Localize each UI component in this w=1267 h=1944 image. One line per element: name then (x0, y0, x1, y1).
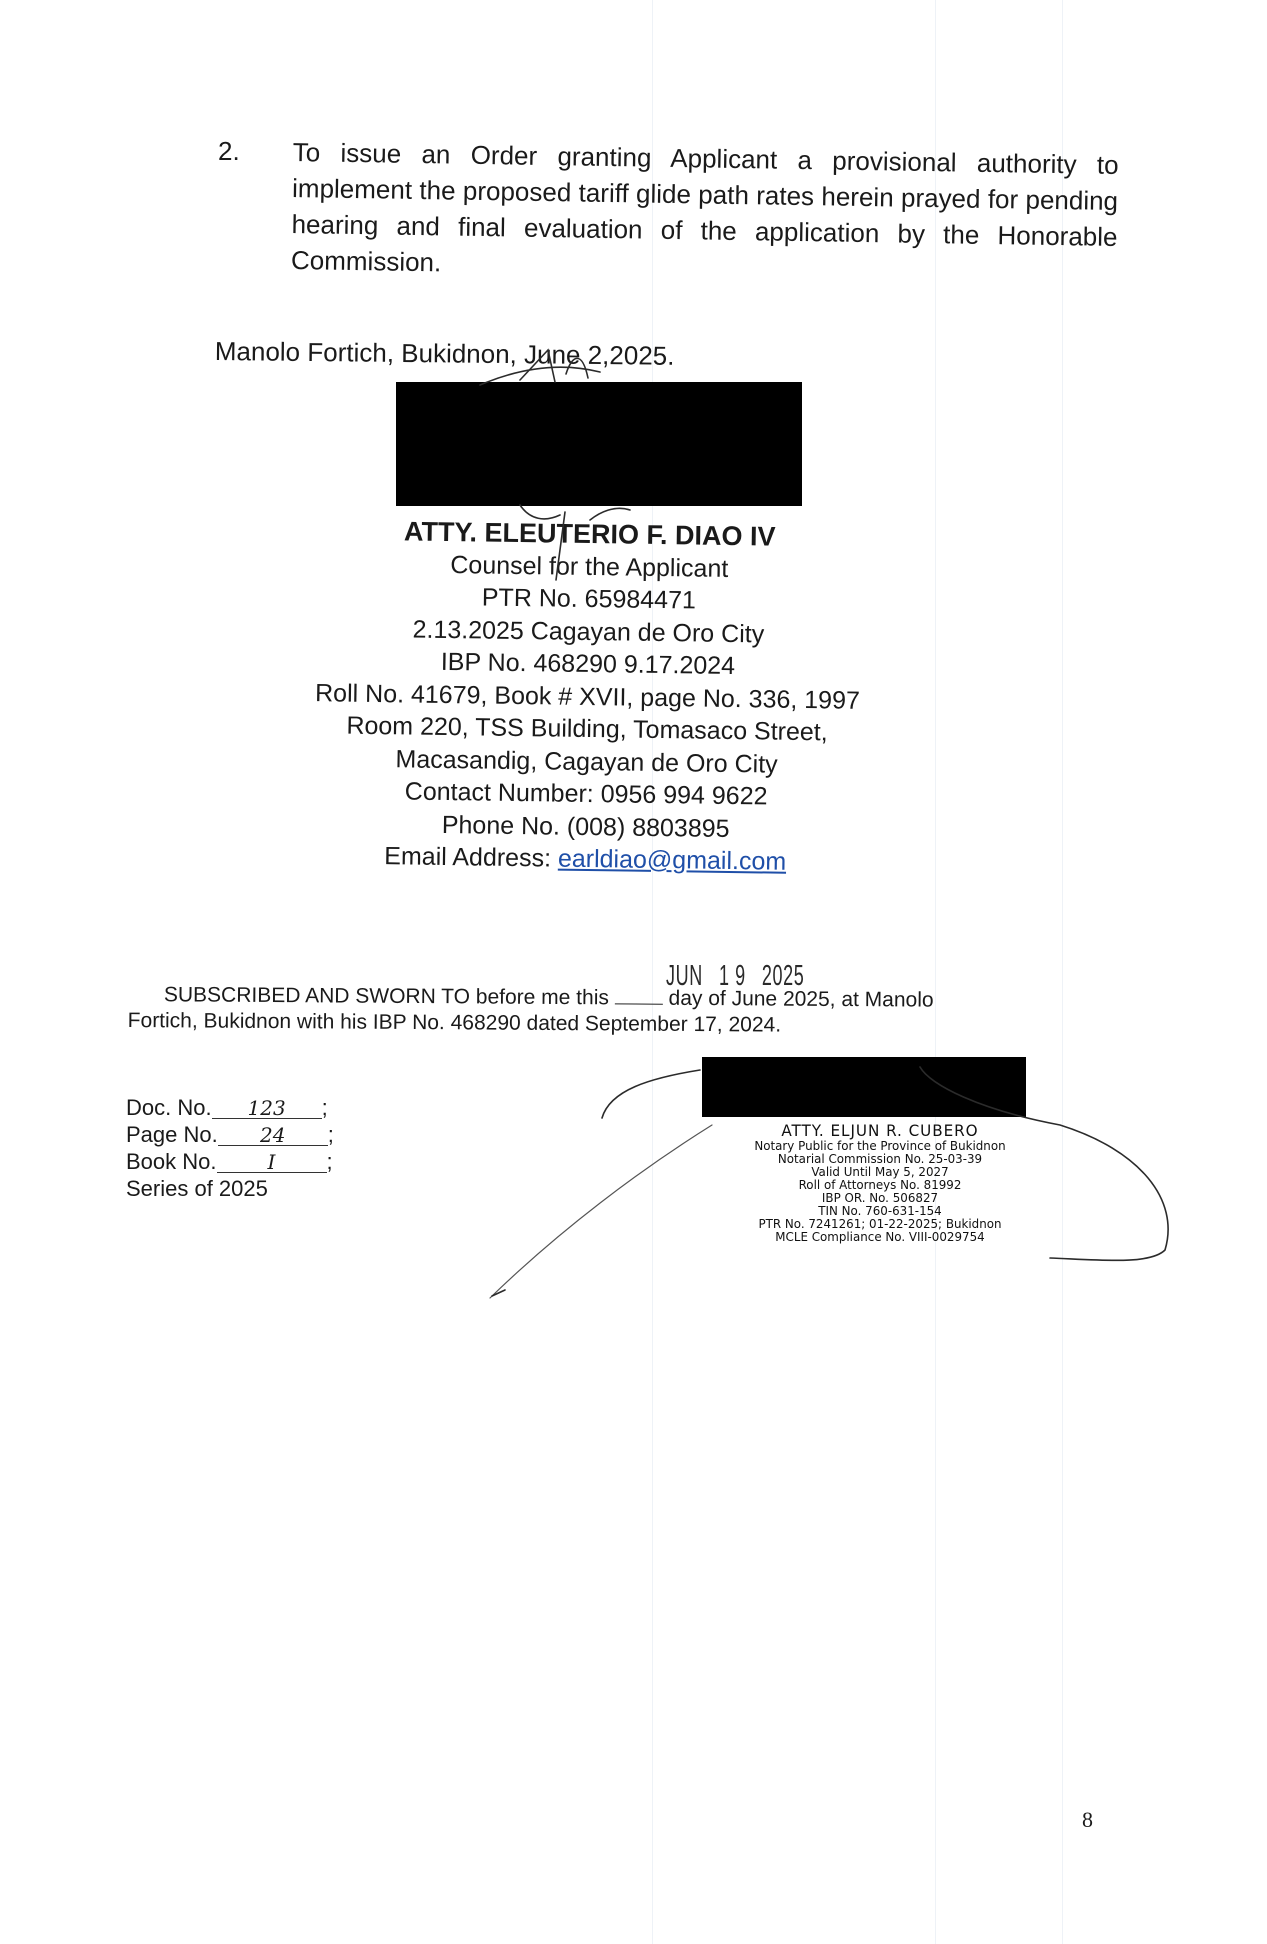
doc-no-value: 123 (212, 1098, 322, 1119)
redacted-signature-counsel (396, 382, 802, 506)
page-number: 8 (1082, 1807, 1093, 1833)
series-label: Series of 2025 (126, 1175, 334, 1202)
place-and-date: Manolo Fortich, Bukidnon, June 2,2025. (215, 336, 675, 372)
scan-artifact-line (935, 0, 936, 1944)
notary-name: ATTY. ELJUN R. CUBERO (700, 1122, 1061, 1139)
redacted-signature-notary (702, 1057, 1026, 1117)
scan-artifact-line (652, 0, 653, 1944)
page-no-value: 24 (218, 1125, 328, 1146)
jurat-text-2: day of June 2025, at Manolo (663, 987, 934, 1012)
doc-no-label: Doc. No. (126, 1095, 212, 1120)
email-link[interactable]: earldiao@gmail.com (558, 845, 787, 876)
day-blank (615, 985, 663, 1004)
email-label: Email Address: (384, 842, 558, 872)
book-no-label: Book No. (126, 1149, 217, 1174)
handwritten-signature-strokes (0, 0, 1267, 1944)
book-no-value: I (217, 1152, 327, 1173)
semicolon: ; (328, 1122, 334, 1147)
prayer-item-text: To issue an Order granting Applicant a p… (291, 134, 1119, 291)
prayer-item-number: 2. (218, 136, 240, 167)
jurat-text-1: SUBSCRIBED AND SWORN TO before me this (164, 983, 615, 1009)
semicolon: ; (327, 1149, 333, 1174)
page-no-label: Page No. (126, 1122, 218, 1147)
semicolon: ; (322, 1095, 328, 1120)
notary-stamp: ATTY. ELJUN R. CUBERO Notary Public for … (700, 1122, 1061, 1243)
notarial-register-entry: Doc. No.123; Page No.24; Book No.I; Seri… (126, 1094, 334, 1202)
scan-artifact-line (1062, 0, 1063, 1944)
notary-detail-line: MCLE Compliance No. VIII-0029754 (700, 1230, 1061, 1243)
jurat-paragraph: SUBSCRIBED AND SWORN TO before me this d… (128, 982, 1118, 1041)
counsel-signature-block: ATTY. ELEUTERIO F. DIAO IV Counsel for t… (255, 513, 920, 880)
jurat-text-3: Fortich, Bukidnon with his IBP No. 46829… (128, 1008, 1118, 1041)
